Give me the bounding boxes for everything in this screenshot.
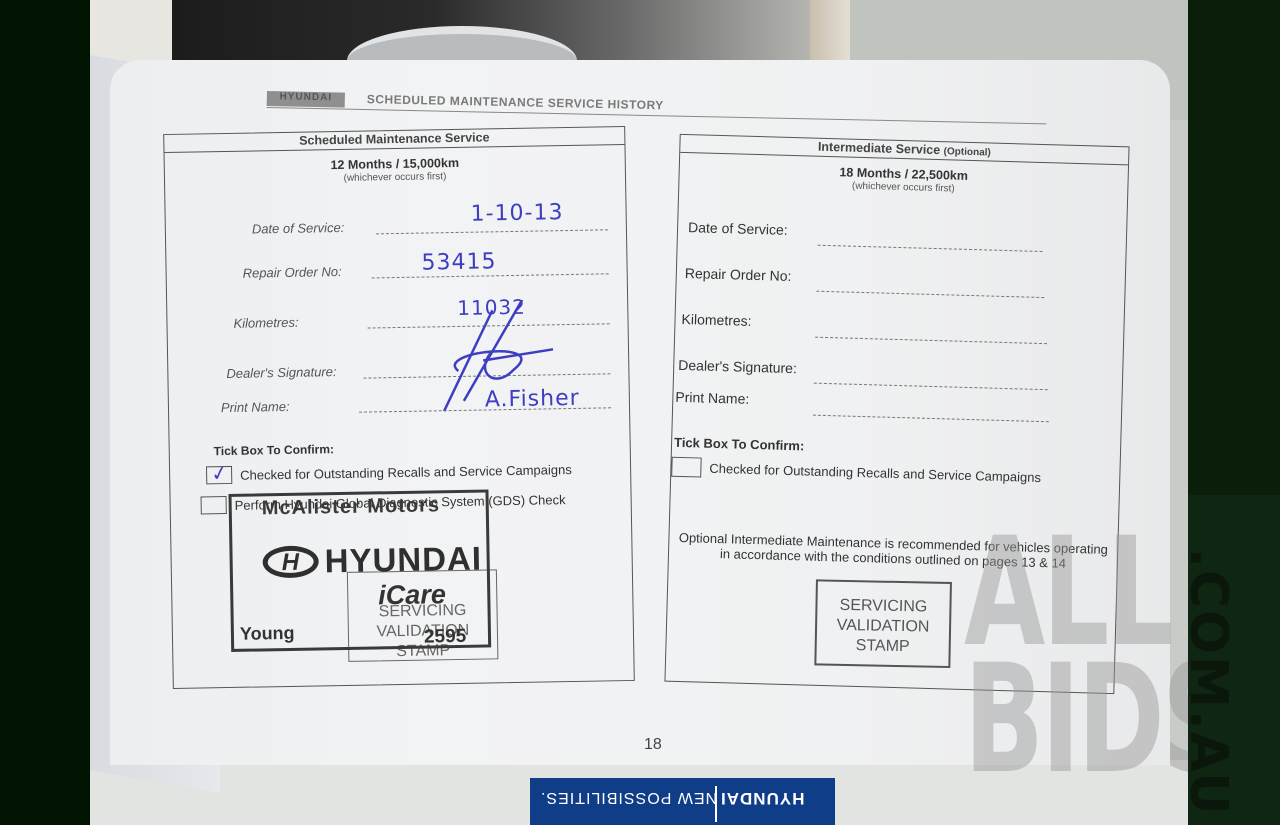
checkbox[interactable]: ✓ <box>206 466 232 484</box>
hyundai-banner: NEW POSSIBILITIES. HYUNDAI <box>530 778 835 825</box>
watermark-bids: BIDS <box>964 655 1188 785</box>
field-date-of-service: Date of Service: <box>678 219 1127 257</box>
dealer-stamp: McAlister Motors H HYUNDAI iCare Young 2… <box>228 489 491 652</box>
right-border-top <box>1188 0 1280 495</box>
panel-heading-text: Intermediate Service <box>818 140 941 157</box>
page-number: 18 <box>644 736 662 754</box>
left-border <box>0 0 90 825</box>
check-recalls[interactable]: ✓ Checked for Outstanding Recalls and Se… <box>206 460 572 484</box>
field-date-of-service: Date of Service: 1-10-13 <box>166 207 626 241</box>
field-label: Kilometres: <box>681 311 751 329</box>
tick-box-title: Tick Box To Confirm: <box>674 435 805 454</box>
field-line[interactable] <box>815 337 1047 344</box>
tick-box-title: Tick Box To Confirm: <box>214 442 334 458</box>
hyundai-logo-icon: H <box>262 545 319 578</box>
banner-brand: HYUNDAI <box>720 788 804 808</box>
field-label: Date of Service: <box>252 220 345 237</box>
stamp-line: SERVICING <box>817 595 949 618</box>
field-label: Dealer's Signature: <box>226 364 336 381</box>
scheduled-service-panel: Scheduled Maintenance Service 12 Months … <box>163 126 635 689</box>
field-label: Repair Order No: <box>243 264 342 281</box>
field-label: Print Name: <box>675 389 749 407</box>
field-print-name: Print Name: <box>673 389 1122 427</box>
check-label: Checked for Outstanding Recalls and Serv… <box>240 461 572 482</box>
field-repair-order: Repair Order No: <box>676 265 1125 303</box>
panel-heading-note: (Optional) <box>943 146 991 158</box>
stamp-program: iCare <box>378 579 446 611</box>
stamp-town: Young <box>240 623 295 645</box>
field-value[interactable]: A.Fisher <box>485 386 580 413</box>
field-line[interactable] <box>813 415 1049 423</box>
checkbox[interactable] <box>671 457 702 478</box>
field-value[interactable]: 53415 <box>421 249 496 275</box>
field-label: Date of Service: <box>688 219 788 238</box>
field-label: Print Name: <box>221 399 290 415</box>
field-label: Repair Order No: <box>685 265 792 284</box>
field-label: Kilometres: <box>233 315 298 331</box>
checkbox[interactable] <box>201 496 227 514</box>
stamp-line: STAMP <box>817 635 949 658</box>
stamp-dealer-name: McAlister Motors <box>262 494 441 520</box>
check-label: Checked for Outstanding Recalls and Serv… <box>709 460 1041 484</box>
field-line <box>376 229 608 234</box>
field-kilometres: Kilometres: <box>675 311 1124 349</box>
banner-divider <box>715 786 717 822</box>
field-dealer-signature: Dealer's Signature: <box>168 353 628 387</box>
field-dealer-signature: Dealer's Signature: <box>674 357 1123 395</box>
photo-scene: NEW POSSIBILITIES. HYUNDAI HYUNDAI SCHED… <box>90 0 1188 825</box>
servicing-validation-stamp-box: SERVICING VALIDATION STAMP <box>814 579 952 668</box>
brand-tag: HYUNDAI <box>267 91 345 108</box>
stamp-postcode: 2595 <box>424 626 467 649</box>
field-value[interactable]: 1-10-13 <box>470 200 563 227</box>
stamp-line: VALIDATION <box>817 615 949 638</box>
field-line[interactable] <box>816 291 1044 298</box>
banner-slogan: NEW POSSIBILITIES. <box>540 788 717 806</box>
watermark-domain: .COM.AU <box>1178 548 1238 817</box>
field-line[interactable] <box>818 245 1043 252</box>
field-line[interactable] <box>814 383 1048 391</box>
check-recalls[interactable]: Checked for Outstanding Recalls and Serv… <box>671 457 1041 487</box>
check-mark-icon: ✓ <box>209 460 230 488</box>
stamp-brand: HYUNDAI <box>324 540 482 581</box>
field-label: Dealer's Signature: <box>678 357 797 376</box>
field-repair-order: Repair Order No: 53415 <box>166 253 626 287</box>
